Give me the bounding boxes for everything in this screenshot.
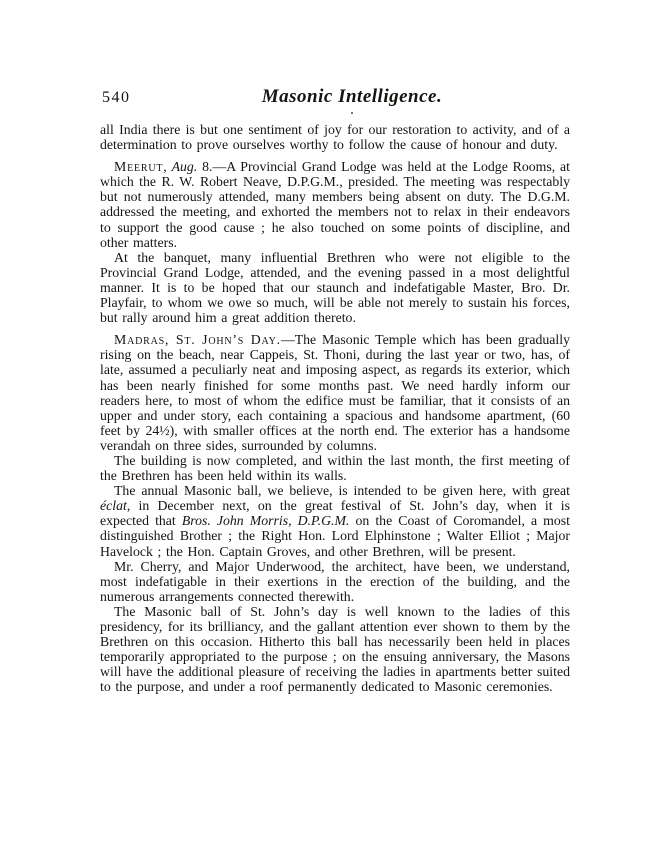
text-run: —The Masonic Temple which has been gradu… <box>100 332 570 453</box>
text-run: , <box>163 159 171 174</box>
paragraph: all India there is but one sentiment of … <box>100 122 570 152</box>
text-run: The building is now completed, and withi… <box>100 453 570 483</box>
paragraph: Madras, St. John’s Day.—The Masonic Temp… <box>100 332 570 453</box>
paragraph: Meerut, Aug. 8.—A Provincial Grand Lodge… <box>100 159 570 250</box>
text-run: The annual Masonic ball, we believe, is … <box>114 483 570 498</box>
italic-text: Bros. John Morris, D.P.G.M. <box>182 513 350 528</box>
running-title: Masonic Intelligence. <box>117 86 587 108</box>
italic-text: Aug. <box>172 159 198 174</box>
paragraph: At the banquet, many influential Brethre… <box>100 250 570 325</box>
text-run: At the banquet, many influential Brethre… <box>100 250 570 325</box>
text-run: Mr. Cherry, and Major Underwood, the arc… <box>100 559 570 604</box>
smallcaps-leadin: Meerut <box>114 159 163 174</box>
paragraph: The annual Masonic ball, we believe, is … <box>100 483 570 558</box>
paragraph: The Masonic ball of St. John’s day is we… <box>100 604 570 695</box>
page-body: all India there is but one sentiment of … <box>100 122 570 694</box>
text-run: all India there is but one sentiment of … <box>100 122 570 152</box>
paragraph: The building is now completed, and withi… <box>100 453 570 483</box>
italic-text: éclat <box>100 498 127 513</box>
page-header: 540 Masonic Intelligence. <box>100 86 570 110</box>
book-page: 540 Masonic Intelligence. all India ther… <box>0 0 670 850</box>
text-run: The Masonic ball of St. John’s day is we… <box>100 604 570 694</box>
scan-speck <box>351 112 353 114</box>
paragraph: Mr. Cherry, and Major Underwood, the arc… <box>100 559 570 604</box>
smallcaps-leadin: Madras, St. John’s Day. <box>114 332 281 347</box>
